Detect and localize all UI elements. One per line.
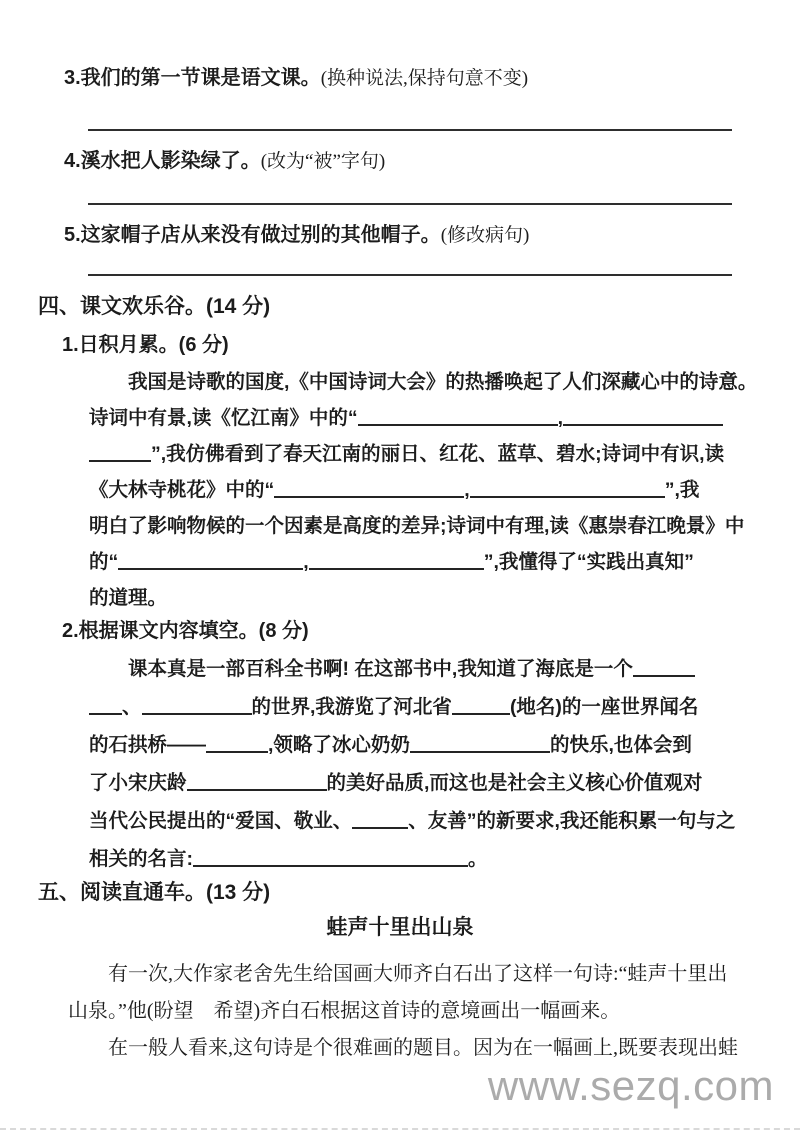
text-segment: 明白了影响物候的一个因素是高度的差异;诗词中有理,读《惠崇春江晚景》中: [89, 515, 744, 537]
inline-blank: [142, 695, 252, 716]
text-line: 我国是诗歌的国度,《中国诗词大会》的热播唤起了人们深藏心中的诗意。: [89, 364, 749, 400]
question-text: 4.溪水把人影染绿了。: [64, 150, 261, 172]
subsection-heading-2: 2.根据课文内容填空。(8 分): [62, 616, 800, 646]
text-line: 山泉。”他(盼望 希望)齐白石根据这首诗的意境画出一幅画来。: [68, 993, 748, 1030]
inline-blank: [410, 733, 550, 754]
inline-blank: [274, 478, 464, 499]
text-line: 相关的名言:。: [89, 840, 749, 878]
text-segment: 课本真是一部百科全书啊! 在这部书中,我知道了海底是一个: [128, 658, 633, 680]
question-hint: (换种说法,保持句意不变): [321, 68, 528, 89]
text-segment: 山泉。”他(盼望 希望)齐白石根据这首诗的意境画出一幅画来。: [68, 1000, 620, 1022]
text-segment: 《大林寺桃花》中的“: [89, 479, 274, 501]
text-line: ”,我仿佛看到了春天江南的丽日、红花、蓝草、碧水;诗词中有识,读: [89, 436, 749, 472]
question-hint: (改为“被”字句): [261, 151, 386, 172]
text-line: 课本真是一部百科全书啊! 在这部书中,我知道了海底是一个: [89, 650, 749, 688]
text-segment: 相关的名言:: [89, 848, 193, 870]
inline-blank: [452, 695, 510, 716]
inline-blank: [193, 847, 468, 868]
text-segment: 、友善”的新要求,我还能积累一句与之: [408, 810, 735, 832]
text-segment: 的世界,我游览了河北省: [252, 696, 452, 718]
answer-line: [88, 129, 732, 131]
text-line: 当代公民提出的“爱国、敬业、、友善”的新要求,我还能积累一句与之: [89, 802, 749, 840]
text-segment: ”,我: [665, 479, 700, 501]
fill-in-paragraph-1: 我国是诗歌的国度,《中国诗词大会》的热播唤起了人们深藏心中的诗意。诗词中有景,读…: [89, 364, 749, 616]
question-hint: (修改病句): [441, 225, 530, 246]
text-segment: 在一般人看来,这句诗是个很难画的题目。因为在一幅画上,既要表现出蛙: [108, 1037, 738, 1059]
text-line: 的石拱桥——,领略了冰心奶奶的快乐,也体会到: [89, 726, 749, 764]
text-segment: 的道理。: [89, 587, 167, 609]
text-segment: 的快乐,也体会到: [550, 734, 692, 756]
reading-paragraph: 有一次,大作家老舍先生给国画大师齐白石出了这样一句诗:“蛙声十里出山泉。”他(盼…: [68, 956, 748, 1067]
answer-line: [88, 203, 732, 205]
text-line: 诗词中有景,读《忆江南》中的“,: [89, 400, 749, 436]
fill-in-paragraph-2: 课本真是一部百科全书啊! 在这部书中,我知道了海底是一个、的世界,我游览了河北省…: [89, 650, 749, 878]
text-line: 的“,”,我懂得了“实践出真知”: [89, 544, 749, 580]
inline-blank: [358, 406, 558, 427]
watermark: www.sezq.com: [488, 1062, 774, 1110]
inline-blank: [187, 771, 327, 792]
text-segment: 的石拱桥——: [89, 734, 206, 756]
text-segment: 诗词中有景,读《忆江南》中的“: [89, 407, 358, 429]
text-segment: 有一次,大作家老舍先生给国画大师齐白石出了这样一句诗:“蛙声十里出: [108, 963, 727, 985]
inline-blank: [563, 406, 723, 427]
inline-blank: [352, 809, 408, 830]
text-segment: 我国是诗歌的国度,《中国诗词大会》的热播唤起了人们深藏心中的诗意。: [128, 371, 757, 393]
text-segment: (地名)的一座世界闻名: [510, 696, 699, 718]
section-heading-5: 五、阅读直通车。(13 分): [38, 878, 800, 908]
question-row: 4.溪水把人影染绿了。(改为“被”字句): [64, 147, 800, 176]
question-text: 5.这家帽子店从来没有做过别的其他帽子。: [64, 224, 441, 246]
text-segment: 的美好品质,而这也是社会主义核心价值观对: [327, 772, 703, 794]
text-segment: 、: [122, 696, 142, 718]
text-segment: ”,我仿佛看到了春天江南的丽日、红花、蓝草、碧水;诗词中有识,读: [151, 443, 724, 465]
subsection-heading-1: 1.日积月累。(6 分): [62, 330, 800, 360]
text-line: 的道理。: [89, 580, 749, 616]
text-segment: 的“: [89, 551, 118, 573]
inline-blank: [470, 478, 665, 499]
inline-blank: [309, 550, 484, 571]
text-line: 了小宋庆龄的美好品质,而这也是社会主义核心价值观对: [89, 764, 749, 802]
inline-blank: [633, 657, 695, 678]
text-segment: ”,我懂得了“实践出真知”: [484, 551, 694, 573]
worksheet-page: { "watermark": "www.sezq.com", "question…: [0, 0, 800, 1131]
text-segment: ,领略了冰心奶奶: [268, 734, 410, 756]
text-segment: 了小宋庆龄: [89, 772, 187, 794]
question-text: 3.我们的第一节课是语文课。: [64, 67, 321, 89]
inline-blank: [206, 733, 268, 754]
text-line: 明白了影响物候的一个因素是高度的差异;诗词中有理,读《惠崇春江晚景》中: [89, 508, 749, 544]
text-segment: 。: [468, 848, 488, 870]
question-row: 5.这家帽子店从来没有做过别的其他帽子。(修改病句): [64, 221, 800, 250]
inline-blank: [118, 550, 303, 571]
text-segment: 当代公民提出的“爱国、敬业、: [89, 810, 352, 832]
reading-title: 蛙声十里出山泉: [0, 914, 800, 942]
section-heading-4: 四、课文欢乐谷。(14 分): [38, 292, 800, 322]
text-line: 、的世界,我游览了河北省(地名)的一座世界闻名: [89, 688, 749, 726]
answer-line: [88, 274, 732, 276]
question-row: 3.我们的第一节课是语文课。(换种说法,保持句意不变): [64, 64, 800, 93]
inline-blank: [89, 695, 122, 716]
text-line: 《大林寺桃花》中的“,”,我: [89, 472, 749, 508]
text-line: 有一次,大作家老舍先生给国画大师齐白石出了这样一句诗:“蛙声十里出: [68, 956, 748, 993]
page-bottom-edge: [0, 1128, 800, 1130]
inline-blank: [89, 442, 151, 463]
